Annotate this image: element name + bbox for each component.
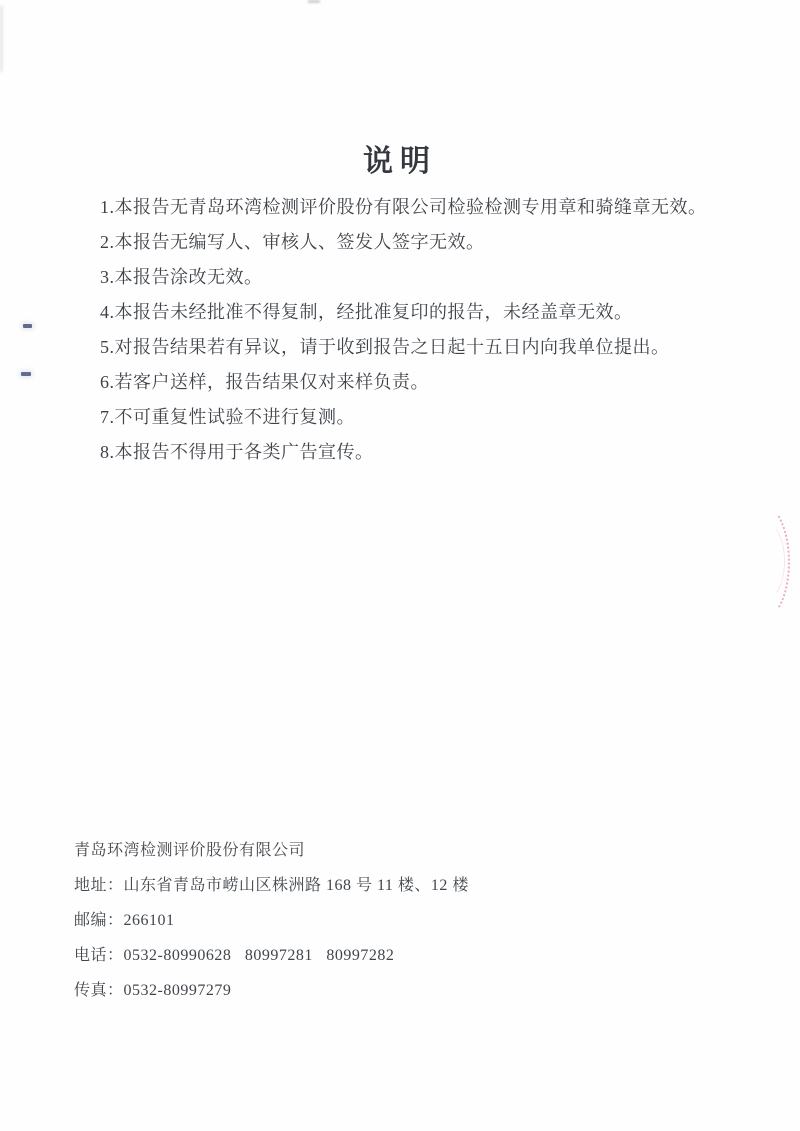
contact-fax: 传真：0532-80997279 — [74, 973, 720, 1008]
note-item-2: 2.本报告无编写人、审核人、签发人签字无效。 — [100, 225, 740, 260]
note-item-3: 3.本报告涂改无效。 — [100, 260, 740, 295]
note-item-5: 5.对报告结果若有异议，请于收到报告之日起十五日内向我单位提出。 — [100, 330, 740, 365]
note-item-8: 8.本报告不得用于各类广告宣传。 — [100, 435, 740, 470]
company-name: 青岛环湾检测评价股份有限公司 — [74, 833, 720, 868]
page-title: 说明 — [0, 144, 800, 180]
note-item-7: 7.不可重复性试验不进行复测。 — [100, 400, 740, 435]
company-contact-block: 青岛环湾检测评价股份有限公司 地址：山东省青岛市崂山区株洲路 168 号 11 … — [74, 833, 720, 1008]
note-item-1: 1.本报告无青岛环湾检测评价股份有限公司检验检测专用章和骑缝章无效。 — [100, 190, 740, 225]
notes-list: 1.本报告无青岛环湾检测评价股份有限公司检验检测专用章和骑缝章无效。 2.本报告… — [100, 190, 740, 470]
scan-smudge-left-edge — [0, 6, 3, 72]
binding-mark-top — [23, 324, 32, 328]
note-item-4: 4.本报告未经批准不得复制，经批准复印的报告，未经盖章无效。 — [100, 295, 740, 330]
contact-postcode: 邮编：266101 — [74, 903, 720, 938]
scanned-document-page: 说明 1.本报告无青岛环湾检测评价股份有限公司检验检测专用章和骑缝章无效。 2.… — [0, 0, 800, 1131]
scan-smudge-top — [308, 0, 320, 3]
stamp-arc-artifact — [736, 504, 790, 620]
stamp-arc-artifact-inner — [741, 520, 785, 602]
note-item-6: 6.若客户送样，报告结果仅对来样负责。 — [100, 365, 740, 400]
contact-address: 地址：山东省青岛市崂山区株洲路 168 号 11 楼、12 楼 — [74, 868, 720, 903]
contact-phone: 电话：0532-80990628 80997281 80997282 — [74, 938, 720, 973]
binding-mark-bottom — [21, 372, 31, 376]
